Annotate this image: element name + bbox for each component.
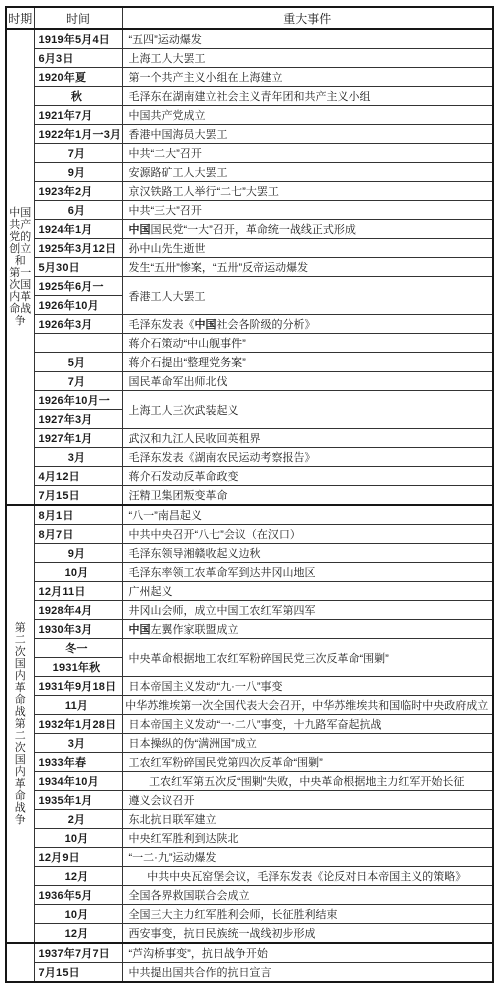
time-cell: 1927年3月 [34,410,122,429]
time-cell [34,334,122,353]
event-cell: 孙中山先生逝世 [122,239,493,258]
table-row: 冬一中央革命根据地工农红军粉碎国民党三次反革命“围剿” [6,639,493,658]
time-cell: 9月 [34,544,122,563]
event-cell: 中国国民党“一大”召开，革命统一战线正式形成 [122,220,493,239]
time-cell: 12月11日 [34,582,122,601]
time-cell: 1924年1月 [34,220,122,239]
event-cell: 中国左翼作家联盟成立 [122,620,493,639]
table-row: 1923年2月京汉铁路工人举行“二七”大罢工 [6,182,493,201]
time-cell: 12月 [34,924,122,944]
table-row: 1930年3月中国左翼作家联盟成立 [6,620,493,639]
time-cell: 10月 [34,829,122,848]
event-cell: 中央革命根据地工农红军粉碎国民党三次反革命“围剿” [122,639,493,677]
table-row: 9月毛泽东领导湘赣收起义边秋 [6,544,493,563]
table-row: 4月12日蒋介石发动反革命政变 [6,467,493,486]
time-cell: 1934年10月 [34,772,122,791]
table-row: 3月日本操纵的伪“满洲国”成立 [6,734,493,753]
table-row: 6月中共“三大”召开 [6,201,493,220]
table-row: 中国共产党的创立和第一次国内革命战争1919年5月4日“五四”运动爆发 [6,29,493,49]
event-cell: 中央红军胜利到达陕北 [122,829,493,848]
timeline-body: 中国共产党的创立和第一次国内革命战争1919年5月4日“五四”运动爆发6月3日上… [6,29,493,982]
time-cell: 12月 [34,867,122,886]
event-cell: 毛泽东发表《湖南农民运动考察报告》 [122,448,493,467]
table-row: 8月7日中共中央召开“八七”会议（在汉口） [6,525,493,544]
event-cell: 安源路矿工人大罢工 [122,163,493,182]
time-cell: 1931年秋 [34,658,122,677]
time-cell: 8月1日 [34,505,122,525]
event-cell: 京汉铁路工人举行“二七”大罢工 [122,182,493,201]
table-row: 12月9日“一二·九”运动爆发 [6,848,493,867]
event-cell: 蒋介石提出“整理党务案” [122,353,493,372]
time-cell: 7月15日 [34,486,122,506]
event-cell: 中国共产党成立 [122,106,493,125]
table-row: 10月全国三大主力红军胜利会师，长征胜利结束 [6,905,493,924]
table-row: 12月11日广州起义 [6,582,493,601]
table-row: 7月15日汪精卫集团叛变革命 [6,486,493,506]
time-cell: 1927年1月 [34,429,122,448]
table-row: 1935年1月遵义会议召开 [6,791,493,810]
event-cell: 上海工人三次武装起义 [122,391,493,429]
time-cell: 5月 [34,353,122,372]
table-row: 1928年4月井冈山会师，成立中国工农红军第四军 [6,601,493,620]
time-cell: 9月 [34,163,122,182]
event-cell: 毛泽东率领工农革命军到达井冈山地区 [122,563,493,582]
time-cell: 1926年3月 [34,315,122,334]
event-cell: 中共“二大”召开 [122,144,493,163]
table-row: 5月蒋介石提出“整理党务案” [6,353,493,372]
time-cell: 1925年3月12日 [34,239,122,258]
event-cell: “一二·九”运动爆发 [122,848,493,867]
time-cell: 冬一 [34,639,122,658]
event-cell: 中共中央瓦窑堡会议，毛泽东发表《论反对日本帝国主义的策略》 [122,867,493,886]
table-row: 1931年9月18日日本帝国主义发动“九·一八”事变 [6,677,493,696]
event-cell: 日本操纵的伪“满洲国”成立 [122,734,493,753]
table-row: 1937年7月7日“芦沟桥事变”，抗日战争开始 [6,943,493,963]
event-cell: 蒋介石发动反革命政变 [122,467,493,486]
header-time: 时间 [34,7,122,29]
time-cell: 1937年7月7日 [34,943,122,963]
table-row: 1920年夏第一个共产主义小组在上海建立 [6,68,493,87]
time-cell: 1919年5月4日 [34,29,122,49]
event-cell: 日本帝国主义发动“一·二八”事变，十九路军奋起抗战 [122,715,493,734]
event-cell: 工农红军第五次反“围剿”失败，中央革命根据地主力红军开始长征 [122,772,493,791]
table-row: 1926年3月毛泽东发表《中国社会各阶级的分析》 [6,315,493,334]
timeline-table: 时期 时间 重大事件 中国共产党的创立和第一次国内革命战争1919年5月4日“五… [5,6,494,983]
time-cell: 10月 [34,563,122,582]
table-row: 5月30日发生“五卅”惨案，“五卅”反帝运动爆发 [6,258,493,277]
table-row: 3月毛泽东发表《湖南农民运动考察报告》 [6,448,493,467]
table-row: 1927年1月武汉和九江人民收回英租界 [6,429,493,448]
table-row: 1925年3月12日孙中山先生逝世 [6,239,493,258]
table-row: 1936年5月全国各界救国联合会成立 [6,886,493,905]
event-cell: 香港中国海员大罢工 [122,125,493,144]
event-cell: “五四”运动爆发 [122,29,493,49]
table-row: 12月西安事变，抗日民族统一战线初步形成 [6,924,493,944]
table-row: 7月国民革命军出师北伐 [6,372,493,391]
time-cell: 1936年5月 [34,886,122,905]
period-cell: 中国共产党的创立和第一次国内革命战争 [6,29,34,505]
event-cell: 中共“三大”召开 [122,201,493,220]
event-cell: 武汉和九江人民收回英租界 [122,429,493,448]
table-row: 秋毛泽东在湖南建立社会主义青年团和共产主义小组 [6,87,493,106]
time-cell: 1932年1月28日 [34,715,122,734]
table-row: 9月安源路矿工人大罢工 [6,163,493,182]
event-cell: 毛泽东发表《中国社会各阶级的分析》 [122,315,493,334]
event-cell: 遵义会议召开 [122,791,493,810]
time-cell: 4月12日 [34,467,122,486]
page: 时期 时间 重大事件 中国共产党的创立和第一次国内革命战争1919年5月4日“五… [0,0,500,983]
event-cell: 上海工人大罢工 [122,49,493,68]
time-cell: 7月 [34,144,122,163]
event-cell: 广州起义 [122,582,493,601]
time-cell: 6月3日 [34,49,122,68]
event-cell: 中共提出国共合作的抗日宣言 [122,963,493,983]
time-cell: 1928年4月 [34,601,122,620]
table-row: 1925年6月一香港工人大罢工 [6,277,493,296]
table-row: 12月中共中央瓦窑堡会议，毛泽东发表《论反对日本帝国主义的策略》 [6,867,493,886]
event-cell: 全国各界救国联合会成立 [122,886,493,905]
table-row: 1924年1月中国国民党“一大”召开，革命统一战线正式形成 [6,220,493,239]
time-cell: 7月15日 [34,963,122,983]
event-cell: 毛泽东领导湘赣收起义边秋 [122,544,493,563]
table-row: 1934年10月工农红军第五次反“围剿”失败，中央革命根据地主力红军开始长征 [6,772,493,791]
event-cell: “八一”南昌起义 [122,505,493,525]
time-cell: 1933年春 [34,753,122,772]
table-row: 10月中央红军胜利到达陕北 [6,829,493,848]
event-cell: 井冈山会师，成立中国工农红军第四军 [122,601,493,620]
table-row: 第二次国内革命战第二次国内革命战争8月1日“八一”南昌起义 [6,505,493,525]
event-cell: 中共中央召开“八七”会议（在汉口） [122,525,493,544]
event-cell: 工农红军粉碎国民党第四次反革命“围剿” [122,753,493,772]
time-cell: 1923年2月 [34,182,122,201]
event-cell: 香港工人大罢工 [122,277,493,315]
period-cell: 第二次国内革命战第二次国内革命战争 [6,505,34,943]
table-row: 7月中共“二大”召开 [6,144,493,163]
time-cell: 1926年10月 [34,296,122,315]
table-row: 1933年春工农红军粉碎国民党第四次反革命“围剿” [6,753,493,772]
header-row: 时期 时间 重大事件 [6,7,493,29]
table-row: 蒋介石策动“中山舰事件” [6,334,493,353]
event-cell: 中华苏维埃第一次全国代表大会召开，中华苏维埃共和国临时中央政府成立 [122,696,493,715]
period-cell [6,943,34,982]
event-cell: 西安事变，抗日民族统一战线初步形成 [122,924,493,944]
event-cell: 蒋介石策动“中山舰事件” [122,334,493,353]
time-cell: 2月 [34,810,122,829]
table-row: 1921年7月中国共产党成立 [6,106,493,125]
header-event: 重大事件 [122,7,493,29]
event-cell: 发生“五卅”惨案，“五卅”反帝运动爆发 [122,258,493,277]
time-cell: 1926年10月一 [34,391,122,410]
event-cell: 汪精卫集团叛变革命 [122,486,493,506]
time-cell: 秋 [34,87,122,106]
time-cell: 11月 [34,696,122,715]
time-cell: 6月 [34,201,122,220]
table-row: 1932年1月28日日本帝国主义发动“一·二八”事变，十九路军奋起抗战 [6,715,493,734]
table-row: 11月中华苏维埃第一次全国代表大会召开，中华苏维埃共和国临时中央政府成立 [6,696,493,715]
time-cell: 3月 [34,734,122,753]
time-cell: 12月9日 [34,848,122,867]
table-row: 7月15日中共提出国共合作的抗日宣言 [6,963,493,983]
event-cell: 第一个共产主义小组在上海建立 [122,68,493,87]
time-cell: 10月 [34,905,122,924]
time-cell: 1935年1月 [34,791,122,810]
event-cell: 东北抗日联军建立 [122,810,493,829]
time-cell: 1930年3月 [34,620,122,639]
time-cell: 1931年9月18日 [34,677,122,696]
time-cell: 7月 [34,372,122,391]
event-cell: 毛泽东在湖南建立社会主义青年团和共产主义小组 [122,87,493,106]
event-cell: 国民革命军出师北伐 [122,372,493,391]
table-row: 6月3日上海工人大罢工 [6,49,493,68]
time-cell: 1921年7月 [34,106,122,125]
table-row: 1926年10月一上海工人三次武装起义 [6,391,493,410]
table-row: 1922年1月一3月香港中国海员大罢工 [6,125,493,144]
time-cell: 8月7日 [34,525,122,544]
table-row: 2月东北抗日联军建立 [6,810,493,829]
table-row: 10月毛泽东率领工农革命军到达井冈山地区 [6,563,493,582]
time-cell: 1922年1月一3月 [34,125,122,144]
event-cell: “芦沟桥事变”，抗日战争开始 [122,943,493,963]
header-period: 时期 [6,7,34,29]
time-cell: 3月 [34,448,122,467]
time-cell: 1925年6月一 [34,277,122,296]
time-cell: 1920年夏 [34,68,122,87]
event-cell: 日本帝国主义发动“九·一八”事变 [122,677,493,696]
time-cell: 5月30日 [34,258,122,277]
event-cell: 全国三大主力红军胜利会师，长征胜利结束 [122,905,493,924]
